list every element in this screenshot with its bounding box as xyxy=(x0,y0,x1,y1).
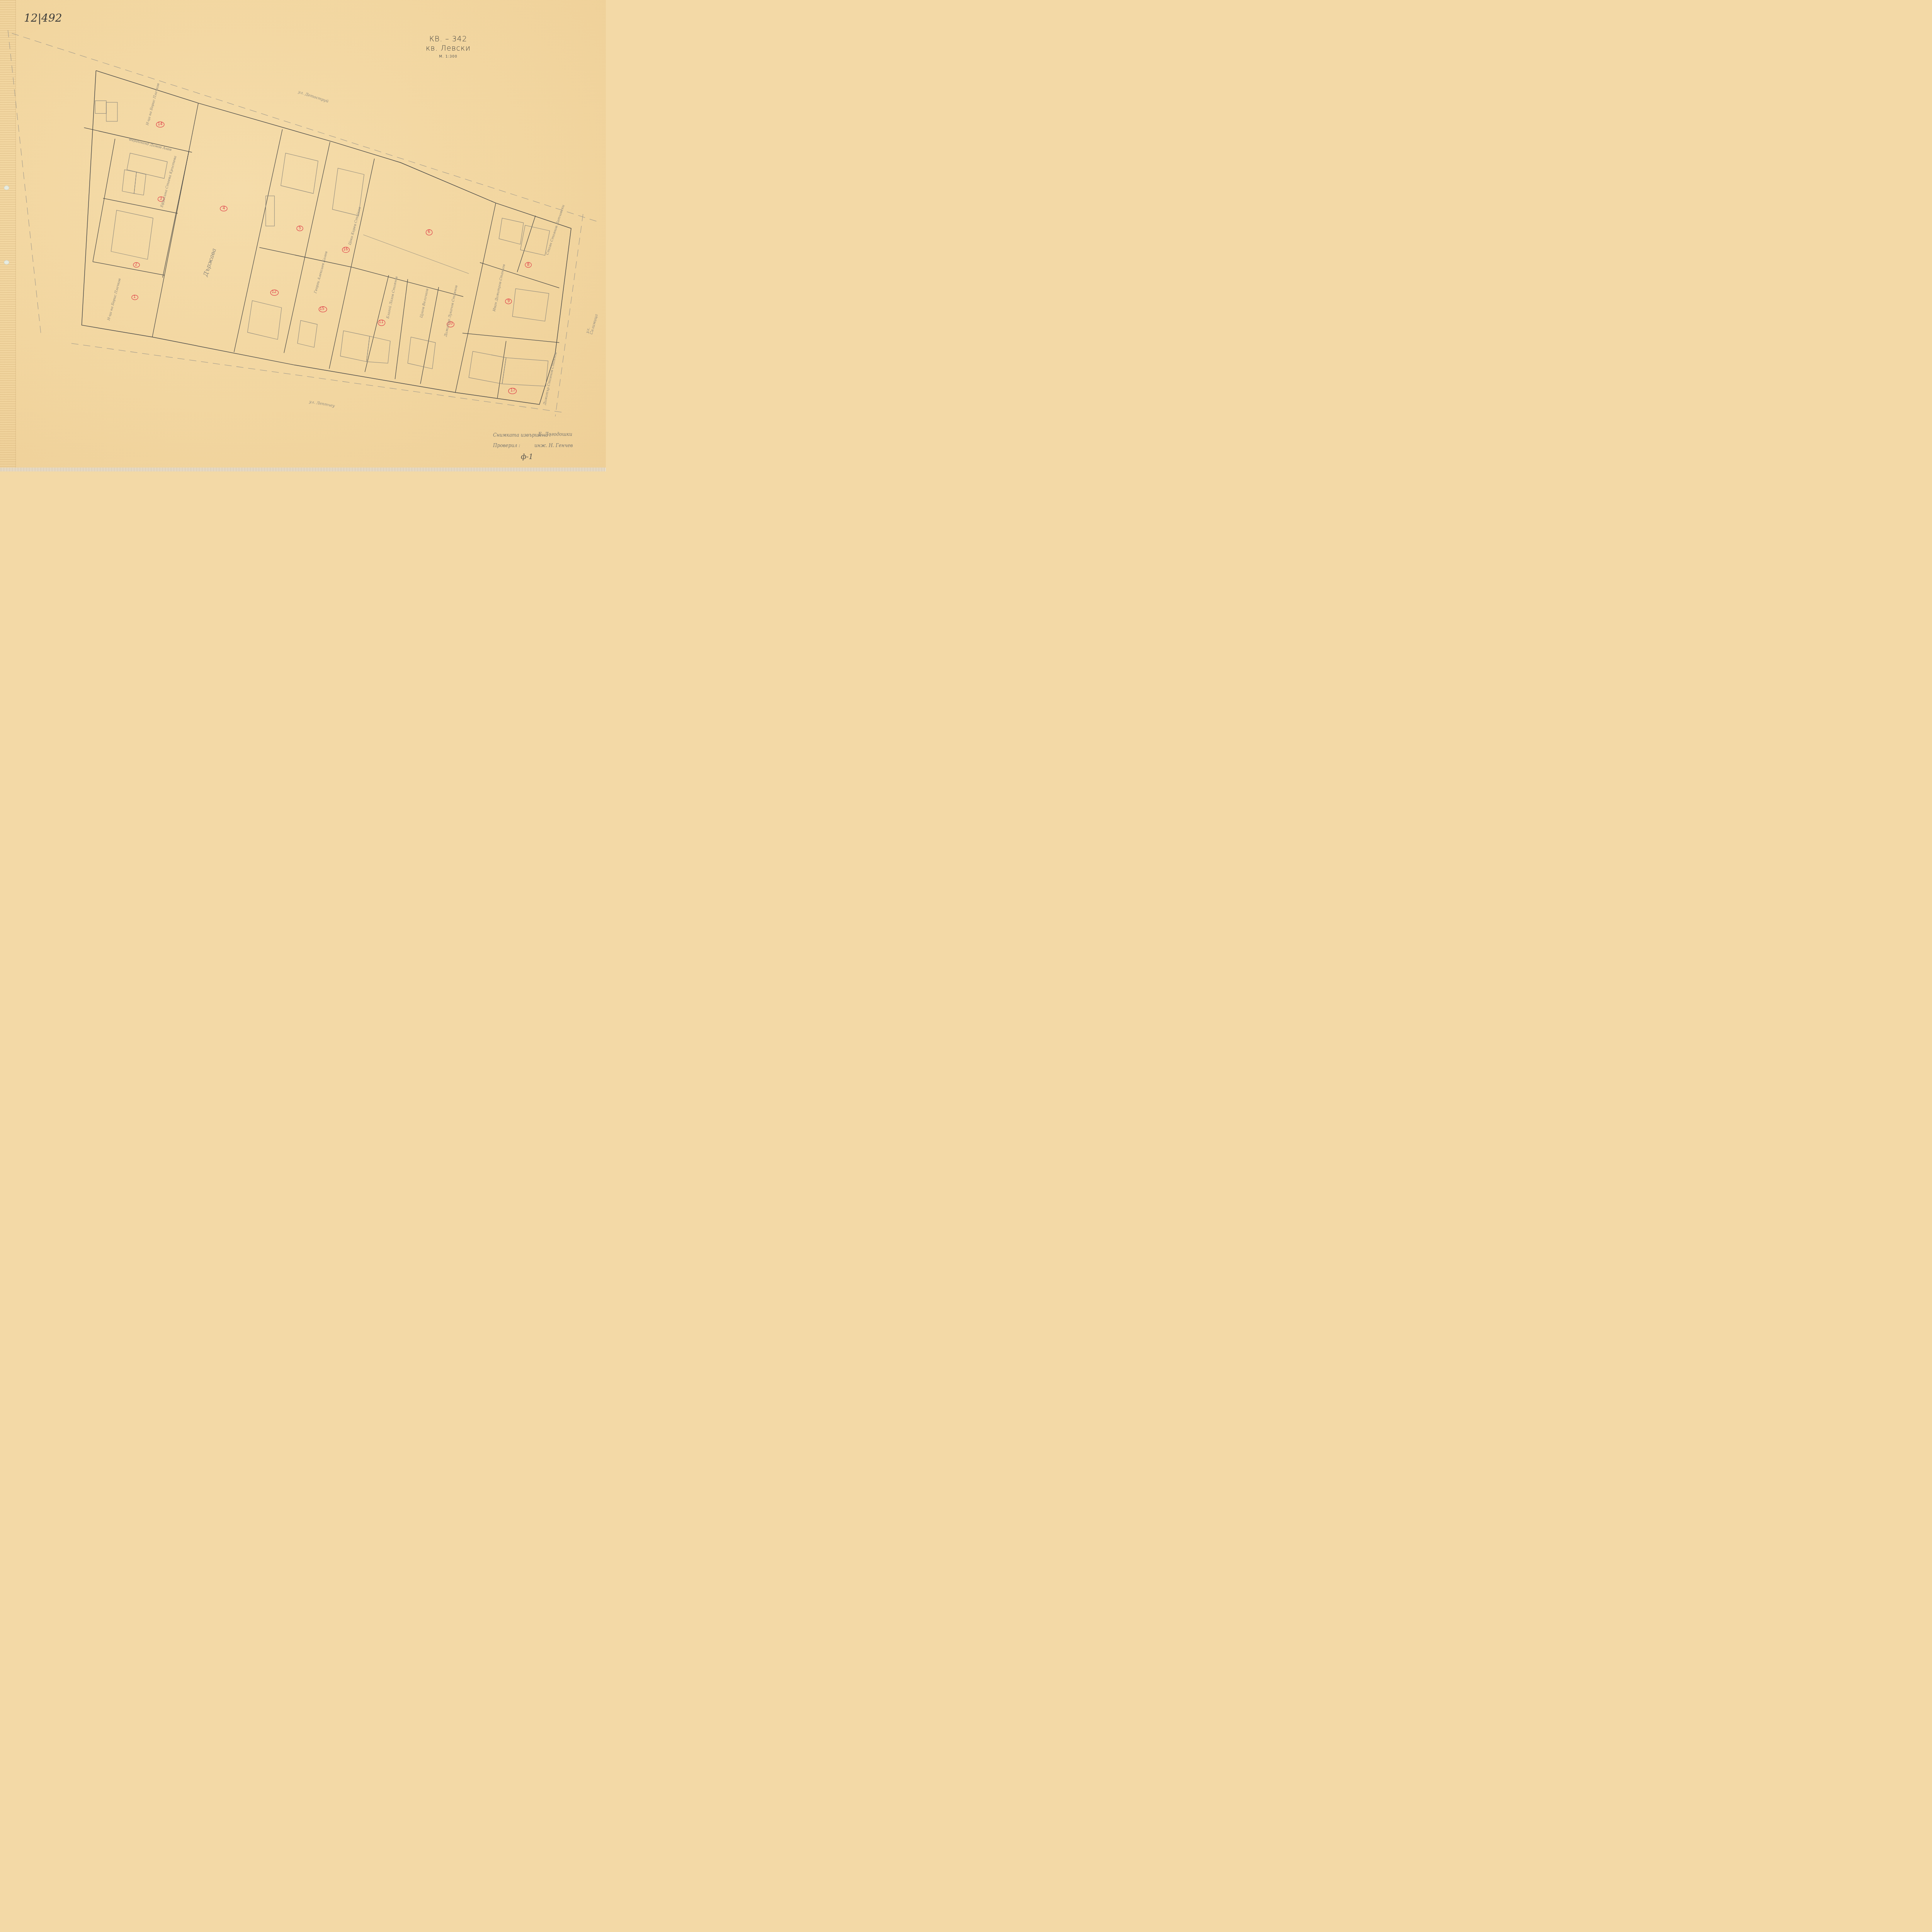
survey-by: Е. Логодошки xyxy=(538,432,572,437)
map-sheet: 12|492 КВ. – 342 кв. Левски М. 1:300 xyxy=(0,0,606,471)
street-north: ул. Детоструй xyxy=(298,90,329,104)
checked-label: Проверил : xyxy=(493,443,520,448)
checked-by: инж. Н. Генчев xyxy=(534,443,573,448)
street-labels: ул. Детоструй ул. Лептчеу ул. Селимица xyxy=(0,0,606,471)
sheet-code: ф-1 xyxy=(521,453,533,461)
street-south: ул. Лептчеу xyxy=(309,400,335,408)
street-east: ул. Селимица xyxy=(585,307,600,335)
